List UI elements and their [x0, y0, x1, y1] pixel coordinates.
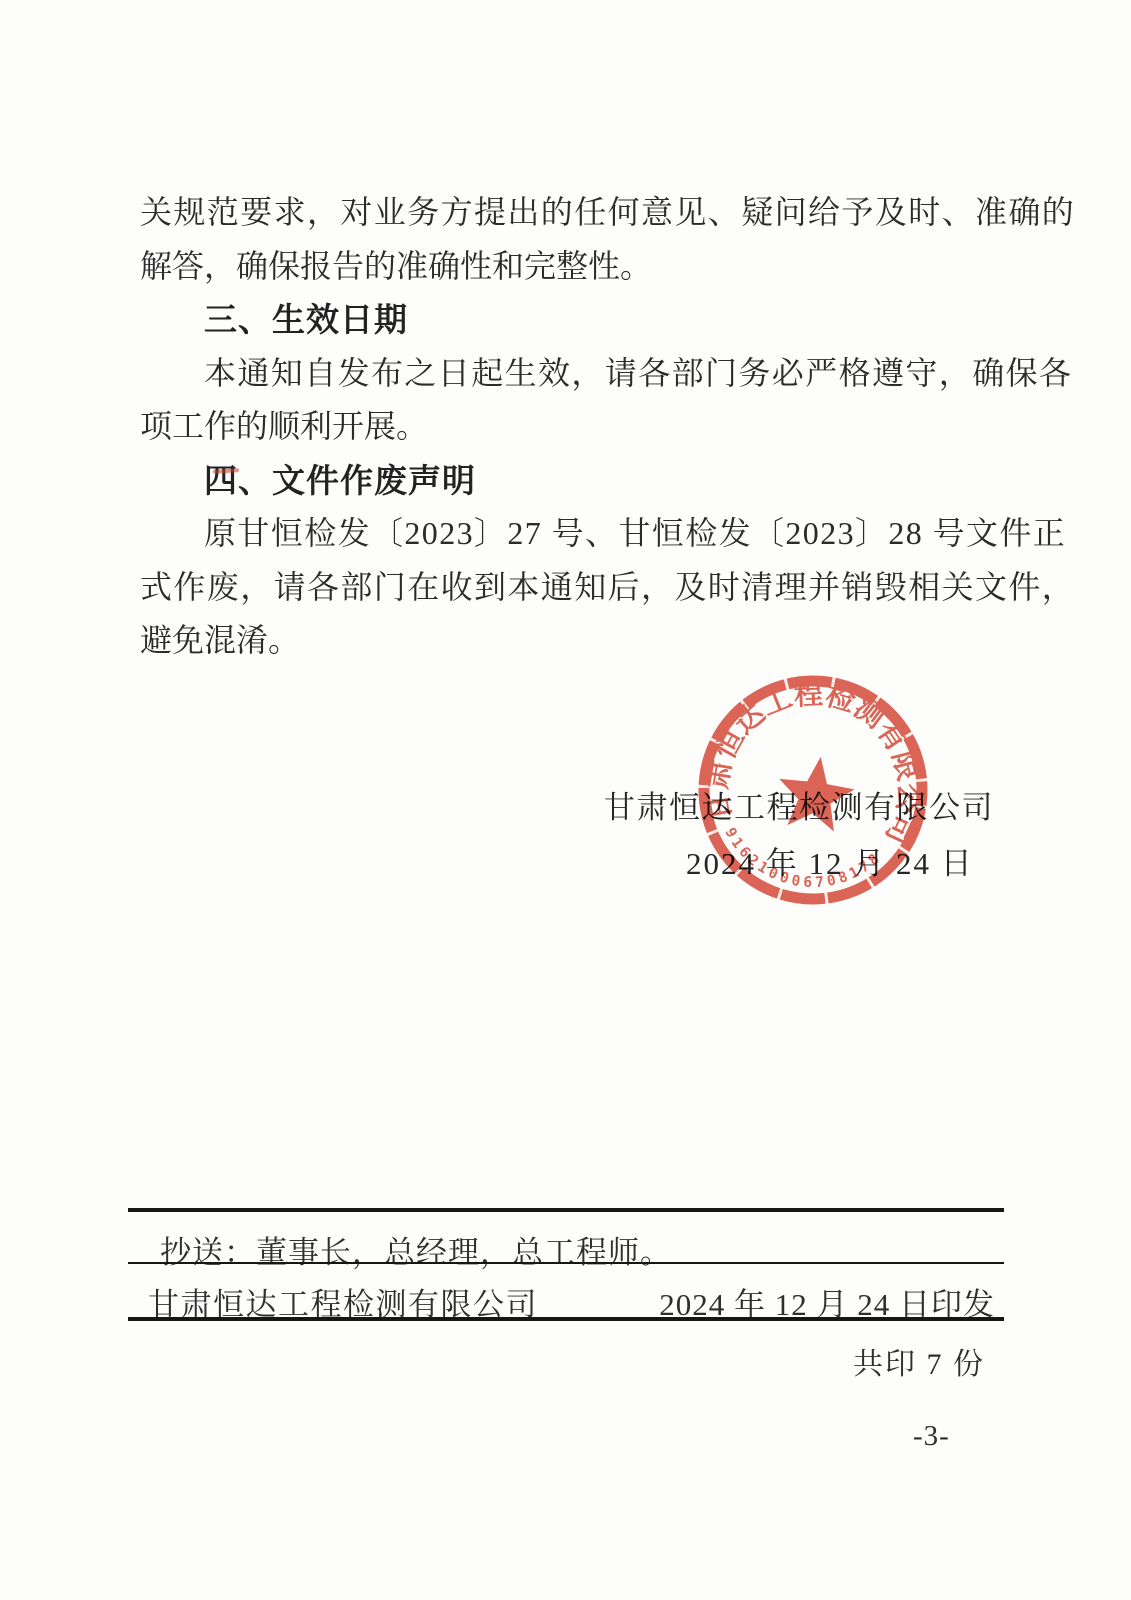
footer-rule-middle: [128, 1262, 1004, 1264]
paragraph-line: 关规范要求，对业务方提出的任何意见、疑问给予及时、准确的: [140, 186, 958, 240]
document-body: 关规范要求，对业务方提出的任何意见、疑问给予及时、准确的 解答，确保报告的准确性…: [140, 186, 958, 668]
paragraph-line: 解答，确保报告的准确性和完整性。: [140, 240, 958, 294]
section-heading-4: 四、文件作废声明: [140, 454, 958, 508]
seal-star-icon: [773, 751, 858, 833]
copies-count: 共印 7 份: [853, 1339, 985, 1383]
cc-line: 抄送：董事长，总经理，总工程师。: [160, 1227, 672, 1272]
seal-graphic: 甘肃恒达工程检测有限公司 916210006708178: [683, 660, 943, 920]
paragraph-line: 项工作的顺利开展。: [140, 400, 958, 454]
paragraph-line: 式作废，请各部门在收到本通知后，及时清理并销毁相关文件，: [140, 561, 958, 615]
footer-rule-bottom: [128, 1317, 1004, 1321]
scanned-document-page: 关规范要求，对业务方提出的任何意见、疑问给予及时、准确的 解答，确保报告的准确性…: [0, 0, 1131, 1600]
paragraph-line: 本通知自发布之日起生效，请各部门务必严格遵守，确保各: [140, 347, 958, 401]
footer-rule-top: [128, 1208, 1004, 1212]
seal-company-arc-text: 甘肃恒达工程检测有限公司: [695, 662, 939, 854]
company-seal-stamp: 甘肃恒达工程检测有限公司 916210006708178: [683, 660, 943, 920]
section-heading-3: 三、生效日期: [140, 293, 958, 347]
paragraph-line: 原甘恒检发〔2023〕27 号、甘恒检发〔2023〕28 号文件正: [140, 507, 958, 561]
page-number: -3-: [913, 1420, 950, 1453]
